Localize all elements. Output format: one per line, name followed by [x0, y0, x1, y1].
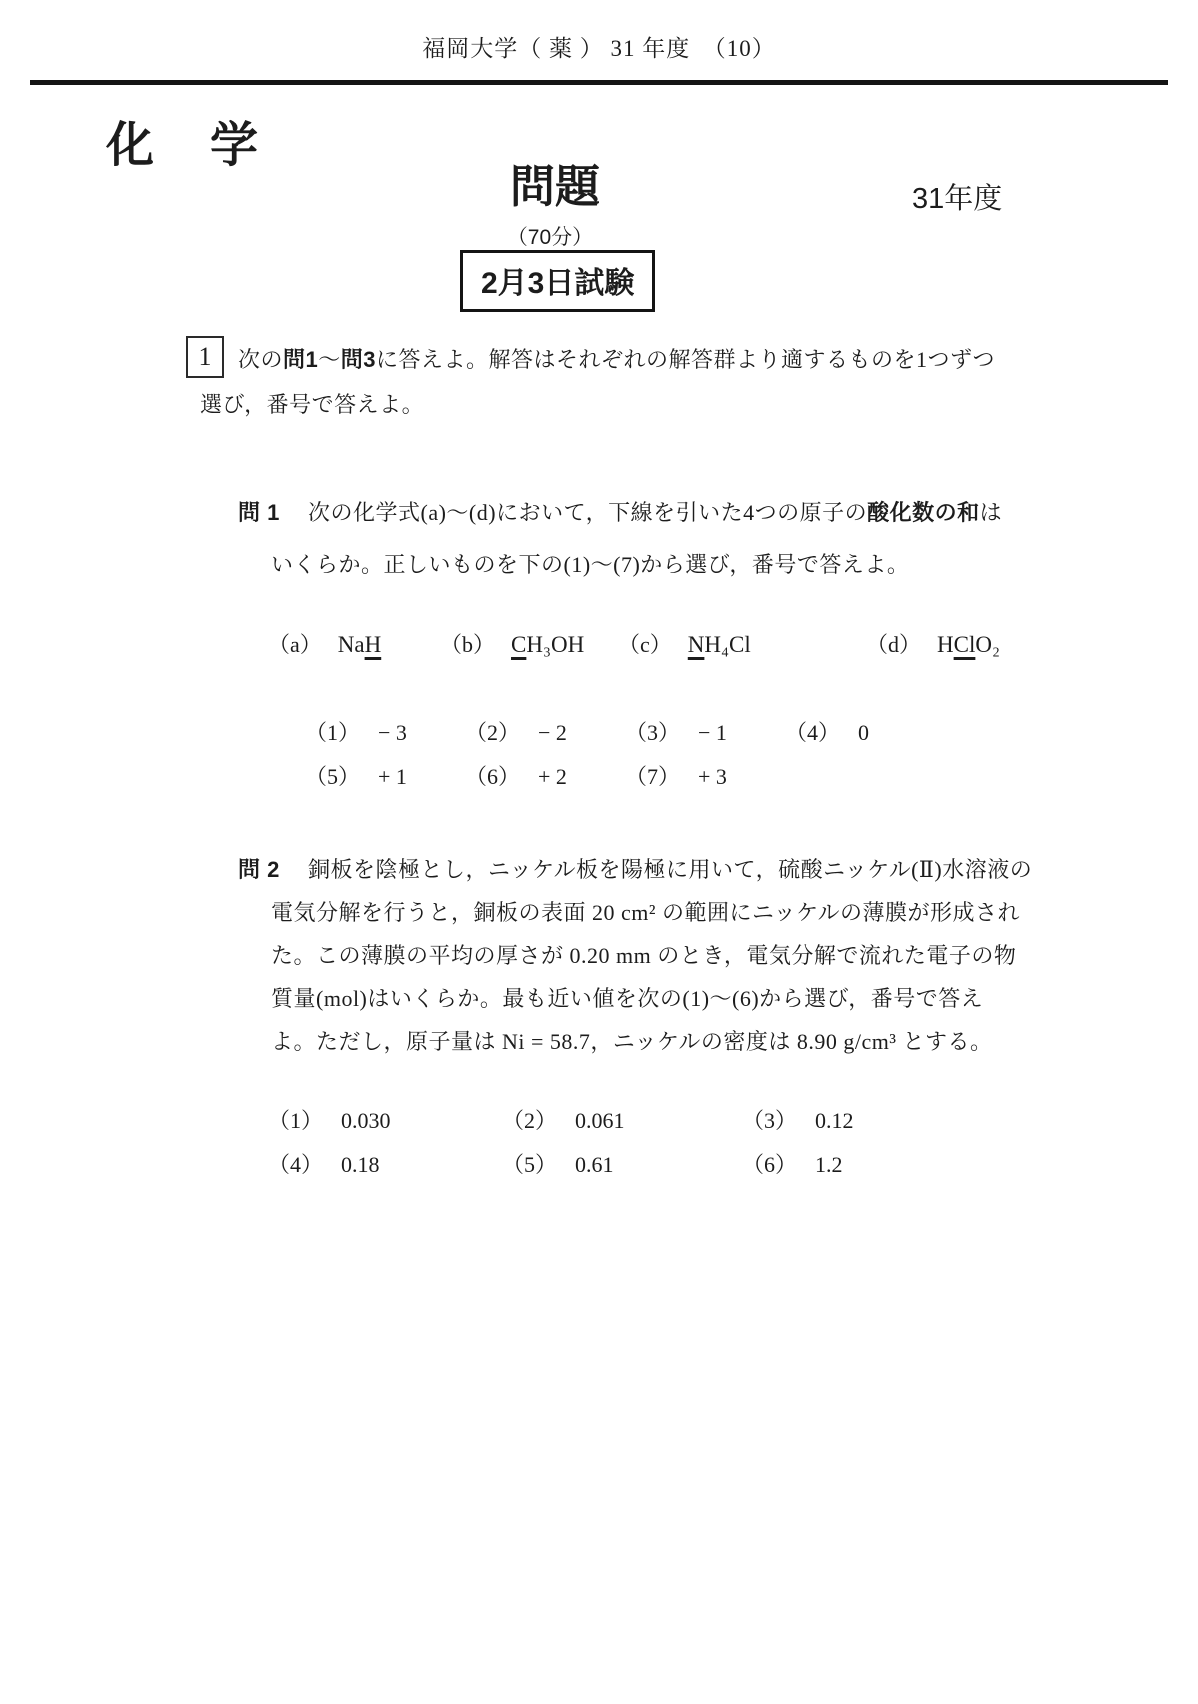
formula-c-post: H₄Cl: [704, 632, 750, 657]
answer-option: （5）0.61: [502, 1148, 614, 1179]
formula-c: （c）NH₄Cl: [618, 628, 751, 659]
option-value: + 2: [538, 764, 567, 789]
formula-d-underlined: Cl: [954, 632, 976, 657]
section-intro-line1: 次の問1～問3に答えよ。解答はそれぞれの解答群より適するものを1つずつ: [238, 343, 995, 374]
q1-line1-bold: 酸化数の和: [867, 500, 980, 525]
option-value: − 2: [538, 720, 567, 745]
option-label: （6）: [465, 764, 520, 789]
q1-options-row1: （1）− 3 （2）− 2 （3）− 1 （4）0: [0, 716, 1198, 750]
option-value: 0.12: [815, 1108, 854, 1133]
intro-tilde: ～: [318, 347, 341, 372]
q1-options-row2: （5）+ 1 （6）+ 2 （7）+ 3: [0, 760, 1198, 794]
option-value: + 3: [698, 764, 727, 789]
q2-text-line1: 銅板を陰極とし，ニッケル板を陽極に用いて，硫酸ニッケル(Ⅱ)水溶液の: [308, 853, 1032, 884]
option-label: （3）: [742, 1108, 797, 1133]
q1-text-line2: いくらか。正しいものを下の(1)～(7)から選び，番号で答えよ。: [271, 548, 909, 579]
answer-option: （3）− 1: [625, 716, 727, 747]
section-intro-line2: 選び，番号で答えよ。: [200, 388, 424, 419]
duration-label: （70分）: [0, 221, 1100, 251]
option-value: 0.030: [341, 1108, 391, 1133]
intro-bold-q3: 問3: [341, 347, 376, 372]
q1-formula-row: （a）NaH （b）CH₃OH （c）NH₄Cl （d）HClO₂: [0, 628, 1198, 662]
intro-text: 次の: [238, 347, 283, 372]
option-value: − 1: [698, 720, 727, 745]
q1-line1-post: は: [980, 500, 1003, 525]
formula-b: （b）CH₃OH: [440, 628, 584, 659]
intro-text-rest: に答えよ。解答はそれぞれの解答群より適するものを1つずつ: [376, 347, 995, 372]
option-label: （5）: [305, 764, 360, 789]
section-number-box: 1: [186, 336, 224, 378]
answer-option: （1）0.030: [268, 1104, 391, 1135]
header-rule: [30, 80, 1168, 85]
formula-c-underlined: N: [688, 632, 705, 657]
option-value: + 1: [378, 764, 407, 789]
q2-options-row1: （1）0.030 （2）0.061 （3）0.12: [0, 1104, 1198, 1138]
q2-label: 問 2: [238, 853, 280, 884]
exam-date-box: 2月3日試験: [460, 250, 655, 312]
option-label: （6）: [742, 1152, 797, 1177]
intro-bold-q1: 問1: [283, 347, 318, 372]
option-label: （7）: [625, 764, 680, 789]
exam-page: 福岡大学（ 薬 ） 31 年度 （10） 化 学 問題 31年度 （70分） 2…: [0, 0, 1198, 1704]
answer-option: （7）+ 3: [625, 760, 727, 791]
option-value: 1.2: [815, 1152, 843, 1177]
year-label: 31年度: [912, 176, 1002, 217]
q1-text-line1: 次の化学式(a)～(d)において，下線を引いた4つの原子の酸化数の和は: [308, 496, 1002, 527]
q2-text-line5: よ。ただし，原子量は Ni = 58.7，ニッケルの密度は 8.90 g/cm³…: [271, 1025, 993, 1056]
formula-d-post: O₂: [975, 632, 1000, 657]
answer-option: （2）0.061: [502, 1104, 625, 1135]
option-value: 0: [858, 720, 869, 745]
formula-d-pre: H: [937, 632, 954, 657]
option-value: − 3: [378, 720, 407, 745]
answer-option: （5）+ 1: [305, 760, 407, 791]
answer-option: （3）0.12: [742, 1104, 854, 1135]
answer-option: （4）0.18: [268, 1148, 380, 1179]
option-label: （4）: [785, 720, 840, 745]
formula-a: （a）NaH: [268, 628, 381, 659]
option-label: （2）: [502, 1108, 557, 1133]
formula-b-label: （b）: [440, 632, 495, 657]
q1-line1-pre: 次の化学式(a)～(d)において，下線を引いた4つの原子の: [308, 500, 867, 525]
q2-options-row2: （4）0.18 （5）0.61 （6）1.2: [0, 1148, 1198, 1182]
answer-option: （1）− 3: [305, 716, 407, 747]
formula-a-pre: Na: [338, 632, 365, 657]
formula-b-post: H₃OH: [526, 632, 584, 657]
formula-a-underlined: H: [365, 632, 382, 657]
option-value: 0.61: [575, 1152, 614, 1177]
answer-option: （6）+ 2: [465, 760, 567, 791]
formula-c-label: （c）: [618, 632, 672, 657]
option-label: （1）: [305, 720, 360, 745]
formula-d: （d）HClO₂: [866, 628, 1000, 659]
q2-text-line2: 電気分解を行うと，銅板の表面 20 cm² の範囲にニッケルの薄膜が形成され: [271, 896, 1020, 927]
option-value: 0.18: [341, 1152, 380, 1177]
option-label: （4）: [268, 1152, 323, 1177]
formula-d-label: （d）: [866, 632, 921, 657]
q2-text-line4: 質量(mol)はいくらか。最も近い値を次の(1)～(6)から選び，番号で答え: [271, 982, 983, 1013]
answer-option: （6）1.2: [742, 1148, 843, 1179]
option-value: 0.061: [575, 1108, 625, 1133]
q1-label: 問 1: [238, 496, 280, 527]
q2-text-line3: た。この薄膜の平均の厚さが 0.20 mm のとき，電気分解で流れた電子の物: [271, 939, 1016, 970]
option-label: （2）: [465, 720, 520, 745]
answer-option: （4）0: [785, 716, 869, 747]
page-header: 福岡大学（ 薬 ） 31 年度 （10）: [0, 30, 1198, 63]
answer-option: （2）− 2: [465, 716, 567, 747]
option-label: （5）: [502, 1152, 557, 1177]
formula-a-label: （a）: [268, 632, 322, 657]
option-label: （1）: [268, 1108, 323, 1133]
formula-b-underlined: C: [511, 632, 526, 657]
option-label: （3）: [625, 720, 680, 745]
